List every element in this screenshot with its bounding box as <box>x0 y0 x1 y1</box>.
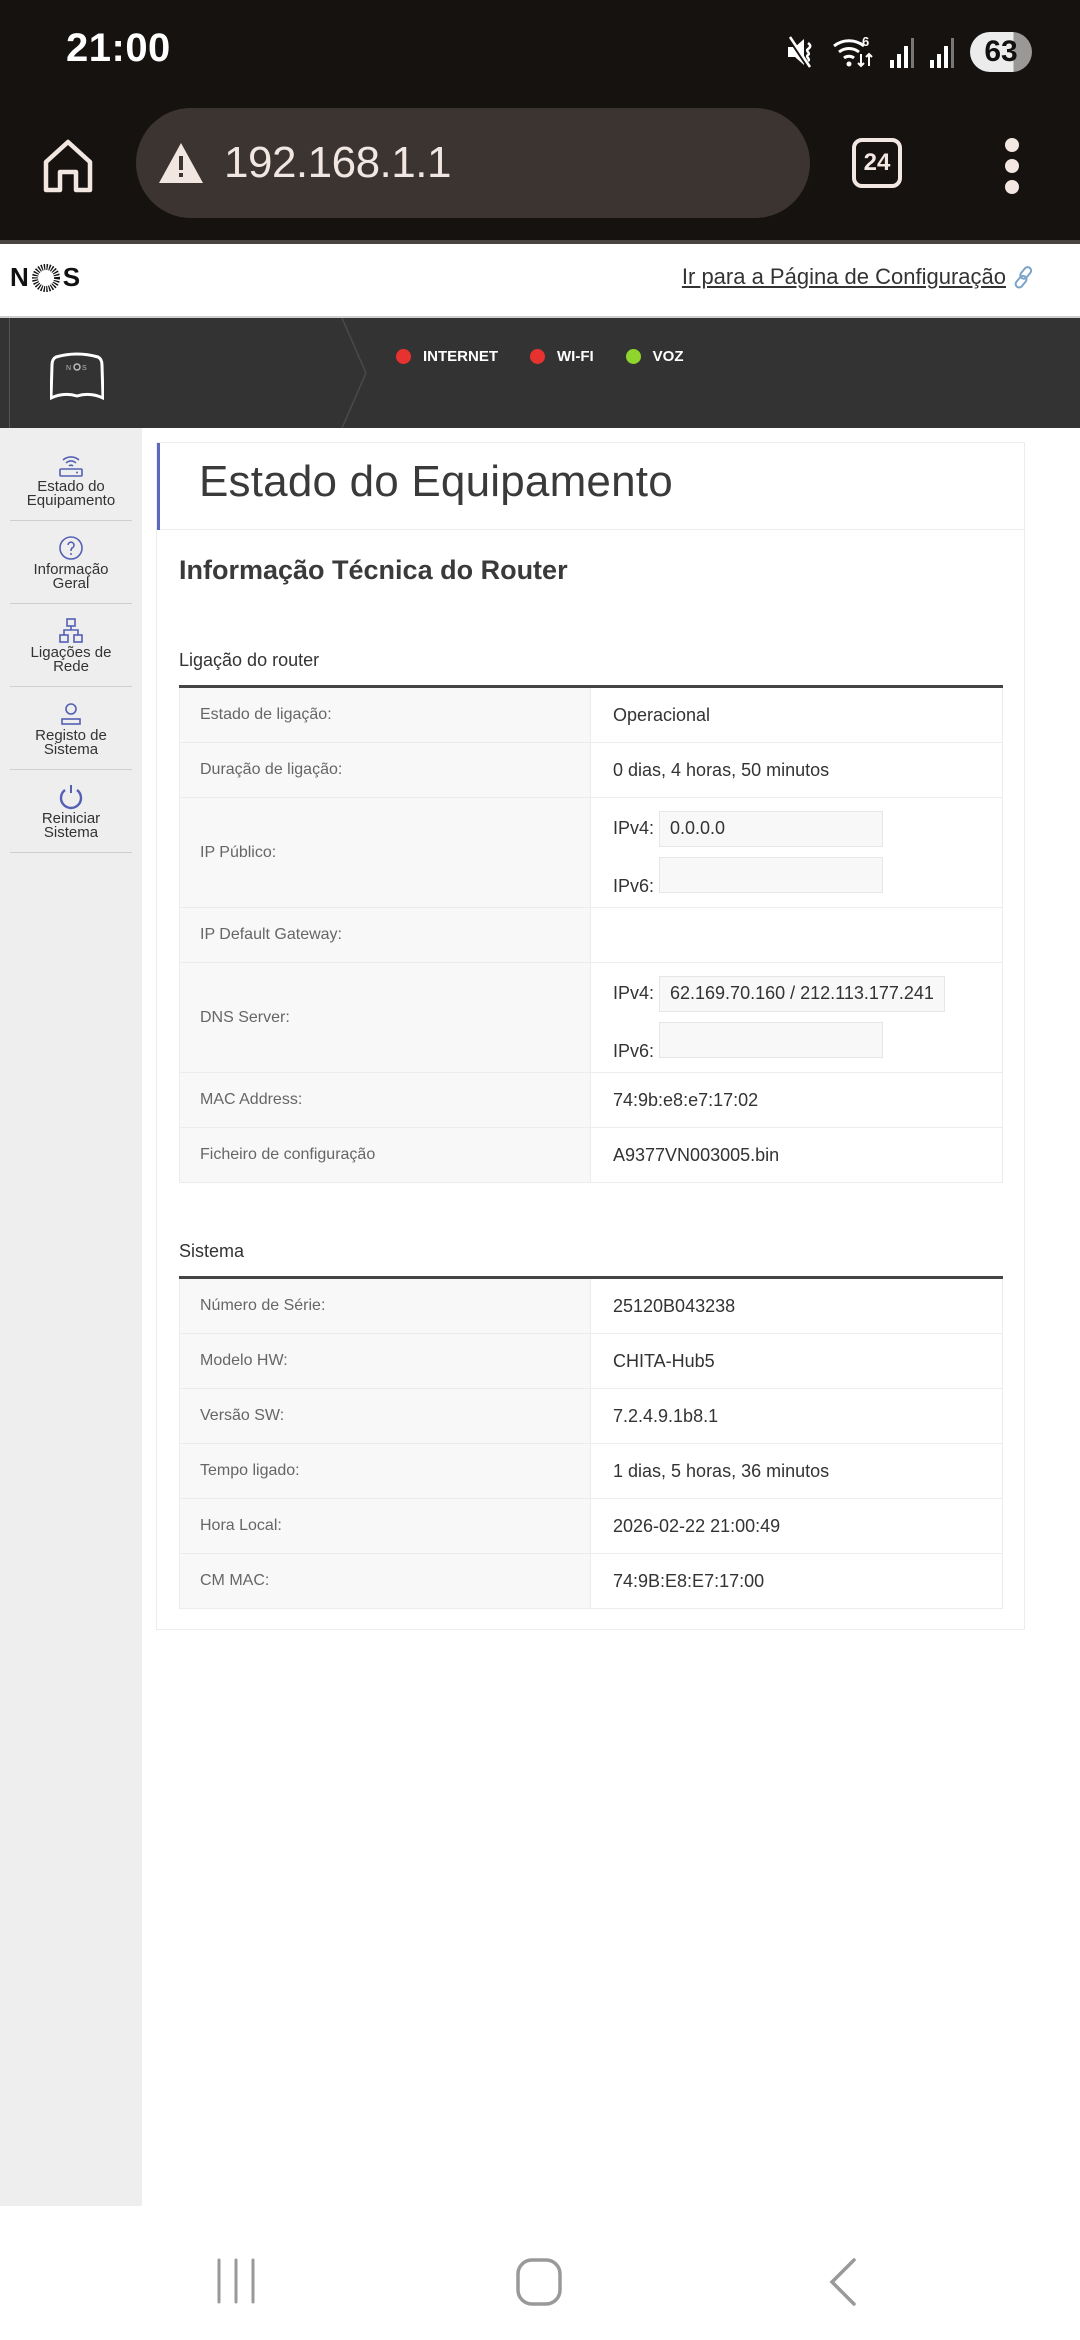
sun-logo-icon <box>31 263 61 293</box>
config-page-link[interactable]: Ir para a Página de Configuração <box>682 264 1036 290</box>
table-row: CM MAC: 74:9B:E8:E7:17:00 <box>179 1554 1003 1609</box>
status-dot-red <box>396 349 411 364</box>
public-ipv6-field <box>659 857 883 893</box>
status-dot-green <box>626 349 641 364</box>
dns-ipv6-field <box>659 1022 883 1058</box>
table-row: Hora Local: 2026-02-22 21:00:49 <box>179 1499 1003 1554</box>
link-icon <box>1012 265 1036 289</box>
status-icons: 6 63 <box>786 30 1032 74</box>
back-icon[interactable] <box>828 2258 858 2311</box>
home-icon[interactable] <box>515 2258 563 2311</box>
breadcrumb-separator <box>340 318 370 428</box>
dns-ipv4-field: 62.169.70.160 / 212.113.177.241 <box>659 976 945 1012</box>
router-icon: NS <box>50 352 104 400</box>
nos-logo[interactable]: N S <box>10 262 80 293</box>
table-row: MAC Address: 74:9b:e8:e7:17:02 <box>179 1073 1003 1128</box>
svg-text:6: 6 <box>862 34 869 49</box>
network-icon <box>57 618 85 644</box>
user-icon <box>57 701 85 727</box>
svg-text:S: S <box>82 365 87 372</box>
table-row: Ficheiro de configuração A9377VN003005.b… <box>179 1128 1003 1183</box>
sidebar-item-ligacoes-rede[interactable]: Ligações de Rede <box>0 604 142 687</box>
address-bar[interactable]: 192.168.1.1 <box>136 108 810 218</box>
sidebar-item-estado-equipamento[interactable]: Estado do Equipamento <box>0 428 142 521</box>
router-wifi-icon <box>57 452 85 478</box>
status-dot-red <box>530 349 545 364</box>
battery-indicator: 63 <box>970 32 1032 72</box>
clock: 21:00 <box>66 26 171 71</box>
sidebar-item-reiniciar-sistema[interactable]: Reiniciar Sistema <box>0 770 142 853</box>
status-wifi: WI-FI <box>530 348 594 365</box>
title-bar: Estado do Equipamento <box>157 443 1024 530</box>
status-header: NS INTERNET WI-FI VOZ <box>0 316 1080 428</box>
table-row: Duração de ligação: 0 dias, 4 horas, 50 … <box>179 743 1003 798</box>
table-row: Modelo HW: CHITA-Hub5 <box>179 1334 1003 1389</box>
overflow-menu-button[interactable] <box>1000 138 1024 194</box>
url-text[interactable]: 192.168.1.1 <box>224 138 451 188</box>
section-heading: Informação Técnica do Router <box>179 555 568 586</box>
signal-icon <box>930 36 956 68</box>
table-row: DNS Server: IPv4: 62.169.70.160 / 212.11… <box>179 963 1003 1073</box>
status-internet: INTERNET <box>396 348 498 365</box>
system-section-title: Sistema <box>179 1241 244 1262</box>
status-voz: VOZ <box>626 348 684 365</box>
page-title: Estado do Equipamento <box>199 457 673 507</box>
system-nav-bar <box>0 2206 1080 2340</box>
sidebar: Estado do Equipamento Informação Geral L… <box>0 428 142 2206</box>
site-header: N S Ir para a Página de Configuração <box>0 244 1080 316</box>
wifi-6-icon: 6 <box>832 34 876 70</box>
content-card: Estado do Equipamento Informação Técnica… <box>156 442 1025 1630</box>
sidebar-item-informacao-geral[interactable]: Informação Geral <box>0 521 142 604</box>
system-table: Número de Série: 25120B043238 Modelo HW:… <box>179 1276 1003 1609</box>
power-icon <box>57 784 85 810</box>
sidebar-item-registo-sistema[interactable]: Registo de Sistema <box>0 687 142 770</box>
home-icon[interactable] <box>42 138 94 194</box>
table-row: IP Default Gateway: <box>179 908 1003 963</box>
warning-icon[interactable] <box>158 141 204 185</box>
status-bar: 21:00 6 63 <box>0 0 1080 100</box>
table-row: IP Público: IPv4: 0.0.0.0 IPv6: <box>179 798 1003 908</box>
router-table: Estado de ligação: Operacional Duração d… <box>179 685 1003 1183</box>
browser-toolbar: 192.168.1.1 24 <box>0 100 1080 242</box>
router-section-title: Ligação do router <box>179 650 319 671</box>
signal-icon <box>890 36 916 68</box>
svg-text:N: N <box>66 365 71 372</box>
table-row: Estado de ligação: Operacional <box>179 688 1003 743</box>
public-ipv4-field: 0.0.0.0 <box>659 811 883 847</box>
recents-icon[interactable] <box>214 2258 260 2309</box>
table-row: Versão SW: 7.2.4.9.1b8.1 <box>179 1389 1003 1444</box>
service-status-list: INTERNET WI-FI VOZ <box>396 348 684 365</box>
table-row: Tempo ligado: 1 dias, 5 horas, 36 minuto… <box>179 1444 1003 1499</box>
table-row: Número de Série: 25120B043238 <box>179 1279 1003 1334</box>
tab-switcher-button[interactable]: 24 <box>852 138 902 188</box>
mute-icon <box>786 35 818 69</box>
help-circle-icon <box>57 535 85 561</box>
